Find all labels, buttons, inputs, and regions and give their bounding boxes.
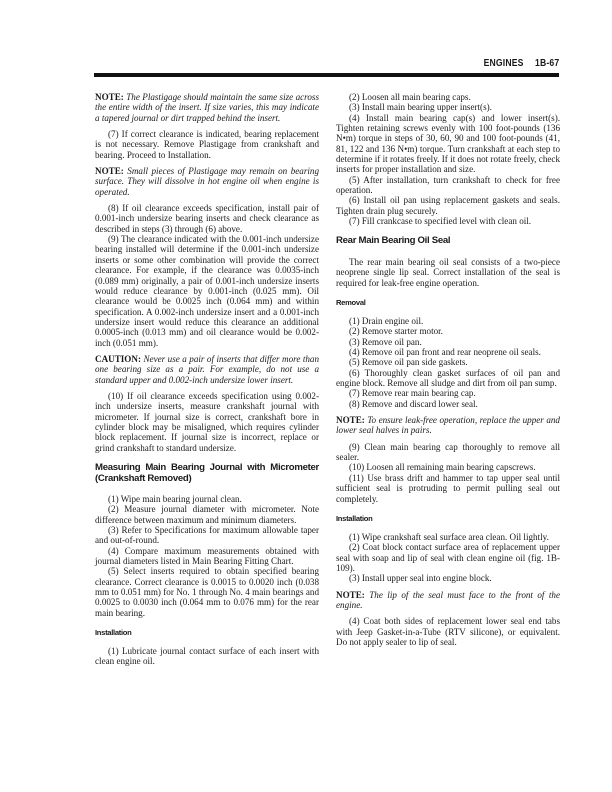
removal-step-5: (5) Remove oil pan side gaskets. bbox=[336, 357, 560, 367]
removal-step-7: (7) Remove rear main bearing cap. bbox=[336, 388, 560, 398]
heading-installation: Installation bbox=[95, 628, 319, 637]
seal-install-step-1: (1) Wipe crankshaft seal surface area cl… bbox=[336, 532, 560, 542]
measuring-step-2: (2) Measure journal diameter with microm… bbox=[95, 504, 319, 525]
install-step-5: (5) After installation, turn crankshaft … bbox=[336, 175, 560, 196]
caution-inserts: CAUTION: Never use a pair of inserts tha… bbox=[95, 354, 319, 385]
install-step-6: (6) Install oil pan using replacement ga… bbox=[336, 195, 560, 216]
measuring-step-5: (5) Select inserts required to obtain sp… bbox=[95, 566, 319, 618]
removal-step-1: (1) Drain engine oil. bbox=[336, 316, 560, 326]
removal-step-4: (4) Remove oil pan front and rear neopre… bbox=[336, 347, 560, 357]
header-rule bbox=[94, 73, 559, 77]
install-step-4: (4) Install main bearing cap(s) and lowe… bbox=[336, 113, 560, 175]
step-7: (7) If correct clearance is indicated, b… bbox=[95, 129, 319, 160]
note-seal-pairs: NOTE: To ensure leak-free operation, rep… bbox=[336, 415, 560, 436]
removal-step-8: (8) Remove and discard lower seal. bbox=[336, 399, 560, 409]
measuring-step-4: (4) Compare maximum measurements obtaine… bbox=[95, 546, 319, 567]
running-header: ENGINES1B-67 bbox=[483, 57, 559, 69]
install-step-2: (2) Loosen all main bearing caps. bbox=[336, 92, 560, 102]
removal-step-9: (9) Clean main bearing cap thoroughly to… bbox=[336, 442, 560, 463]
page-header: ENGINES1B-67 bbox=[94, 55, 559, 79]
heading-removal: Removal bbox=[336, 298, 560, 307]
install-step-3: (3) Install main bearing upper insert(s)… bbox=[336, 102, 560, 112]
left-column: NOTE: The Plastigage should maintain the… bbox=[95, 92, 319, 667]
heading-measuring-journal: Measuring Main Bearing Journal with Micr… bbox=[95, 463, 319, 484]
heading-rear-main-seal: Rear Main Bearing Oil Seal bbox=[336, 236, 560, 247]
seal-install-step-4: (4) Coat both sides of replacement lower… bbox=[336, 616, 560, 647]
removal-step-2: (2) Remove starter motor. bbox=[336, 326, 560, 336]
removal-step-3: (3) Remove oil pan. bbox=[336, 337, 560, 347]
step-10: (10) If oil clearance exceeds specificat… bbox=[95, 391, 319, 453]
page-number: 1B-67 bbox=[535, 57, 559, 69]
manual-page: ENGINES1B-67 NOTE: The Plastigage should… bbox=[0, 0, 612, 792]
install-step-7: (7) Fill crankcase to specified level wi… bbox=[336, 216, 560, 226]
step-9: (9) The clearance indicated with the 0.0… bbox=[95, 234, 319, 348]
right-column: (2) Loosen all main bearing caps. (3) In… bbox=[336, 92, 560, 647]
removal-step-10: (10) Loosen all remaining main bearing c… bbox=[336, 462, 560, 472]
note-plastigage-size: NOTE: The Plastigage should maintain the… bbox=[95, 92, 319, 123]
heading-seal-installation: Installation bbox=[336, 514, 560, 523]
removal-step-6: (6) Thoroughly clean gasket surfaces of … bbox=[336, 368, 560, 389]
seal-install-step-2: (2) Coat block contact surface area of r… bbox=[336, 542, 560, 573]
seal-install-step-3: (3) Install upper seal into engine block… bbox=[336, 573, 560, 583]
installation-step-1: (1) Lubricate journal contact surface of… bbox=[95, 646, 319, 667]
note-seal-lip: NOTE: The lip of the seal must face to t… bbox=[336, 590, 560, 611]
note-plastigage-pieces: NOTE: Small pieces of Plastigage may rem… bbox=[95, 166, 319, 197]
section-title: ENGINES bbox=[483, 57, 523, 69]
measuring-step-1: (1) Wipe main bearing journal clean. bbox=[95, 494, 319, 504]
rear-seal-intro: The rear main bearing oil seal consists … bbox=[336, 257, 560, 288]
removal-step-11: (11) Use brass drift and hammer to tap u… bbox=[336, 473, 560, 504]
measuring-step-3: (3) Refer to Specifications for maximum … bbox=[95, 525, 319, 546]
step-8: (8) If oil clearance exceeds specificati… bbox=[95, 203, 319, 234]
